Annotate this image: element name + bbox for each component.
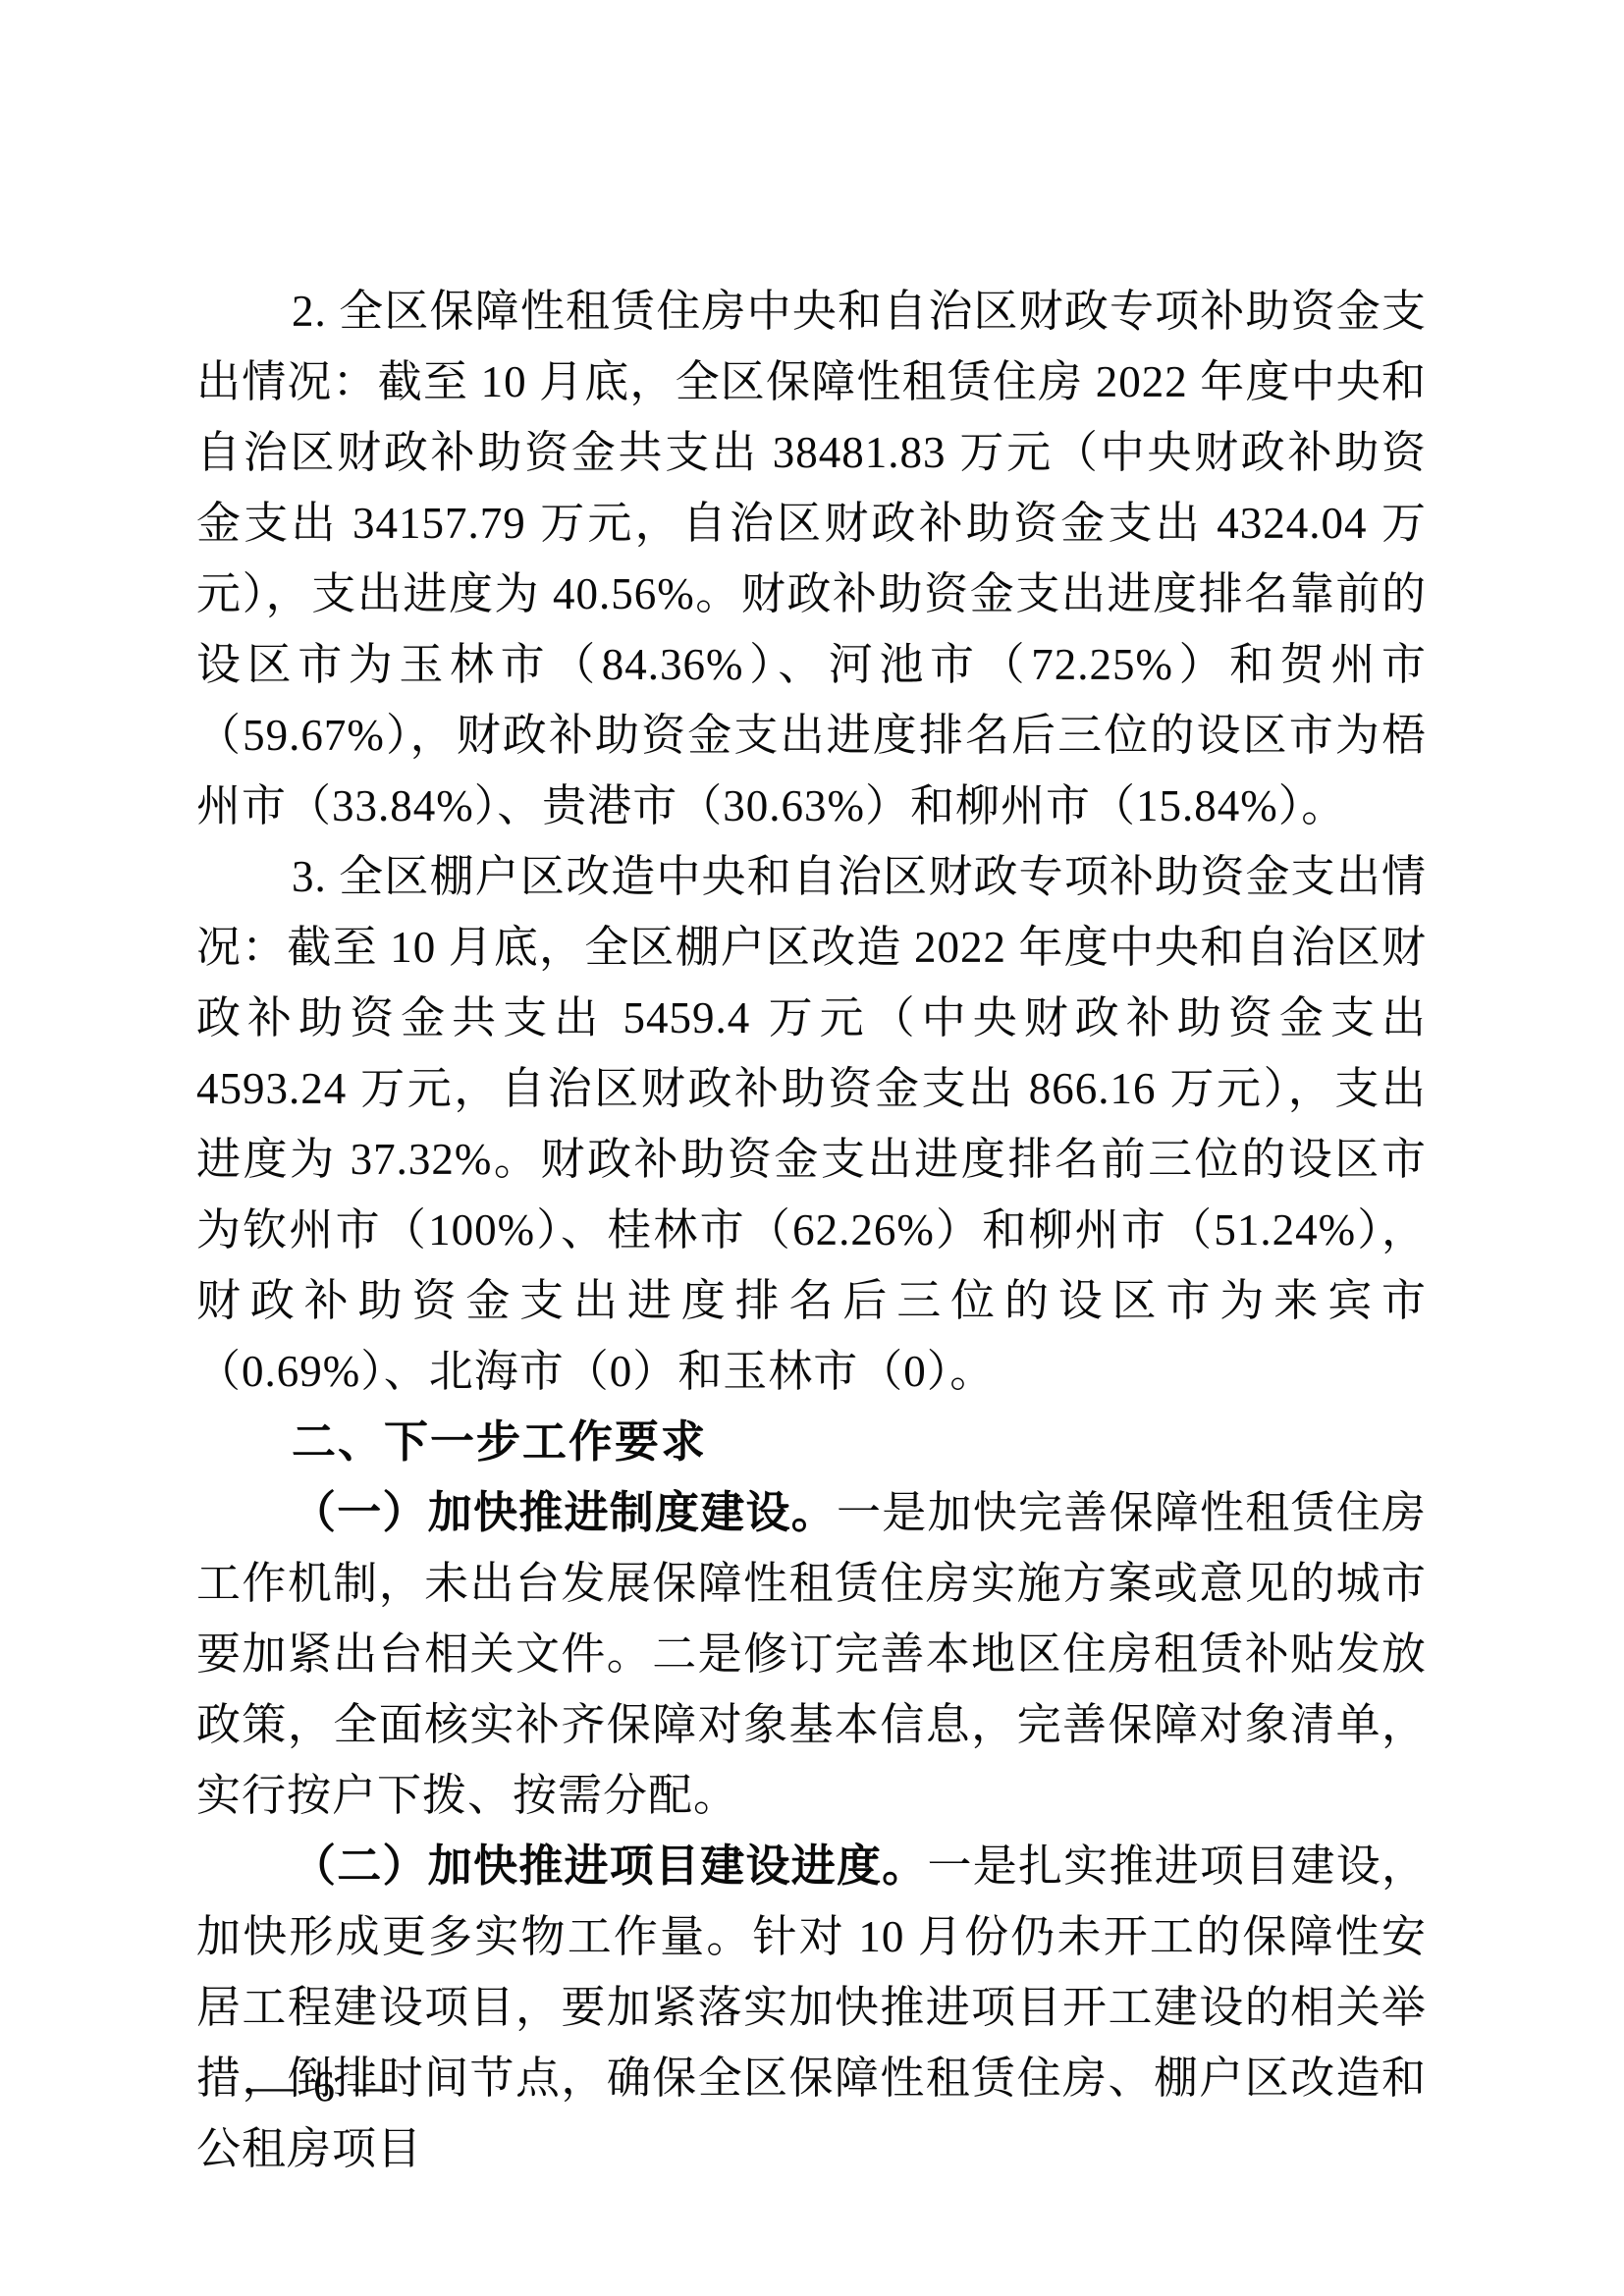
paragraph-shantytown-funding: 3. 全区棚户区改造中央和自治区财政专项补助资金支出情况：截至 10 月底，全区… — [196, 841, 1427, 1407]
paragraph-item2-project-progress: （二）加快推进项目建设进度。一是扎实推进项目建设，加快形成更多实物工作量。针对 … — [196, 1831, 1427, 2184]
document-body: 2. 全区保障性租赁住房中央和自治区财政专项补助资金支出情况：截至 10 月底，… — [196, 276, 1427, 2184]
paragraph-item1-system-building: （一）加快推进制度建设。一是加快完善保障性租赁住房工作机制，未出台发展保障性租赁… — [196, 1477, 1427, 1831]
section-heading-next-steps: 二、下一步工作要求 — [196, 1407, 1427, 1477]
paragraph-rental-housing-funding: 2. 全区保障性租赁住房中央和自治区财政专项补助资金支出情况：截至 10 月底，… — [196, 276, 1427, 841]
paragraph-item2-text: 一是扎实推进项目建设，加快形成更多实物工作量。针对 10 月份仍未开工的保障性安… — [196, 1842, 1427, 2173]
paragraph-item1-text: 一是加快完善保障性租赁住房工作机制，未出台发展保障性租赁住房实施方案或意见的城市… — [196, 1488, 1427, 1820]
document-page: 2. 全区保障性租赁住房中央和自治区财政专项补助资金支出情况：截至 10 月底，… — [0, 0, 1624, 2296]
paragraph-item2-lead: （二）加快推进项目建设进度。 — [292, 1842, 927, 1891]
paragraph-item1-lead: （一）加快推进制度建设。 — [292, 1488, 837, 1537]
page-number: — 6 — — [251, 2063, 401, 2110]
